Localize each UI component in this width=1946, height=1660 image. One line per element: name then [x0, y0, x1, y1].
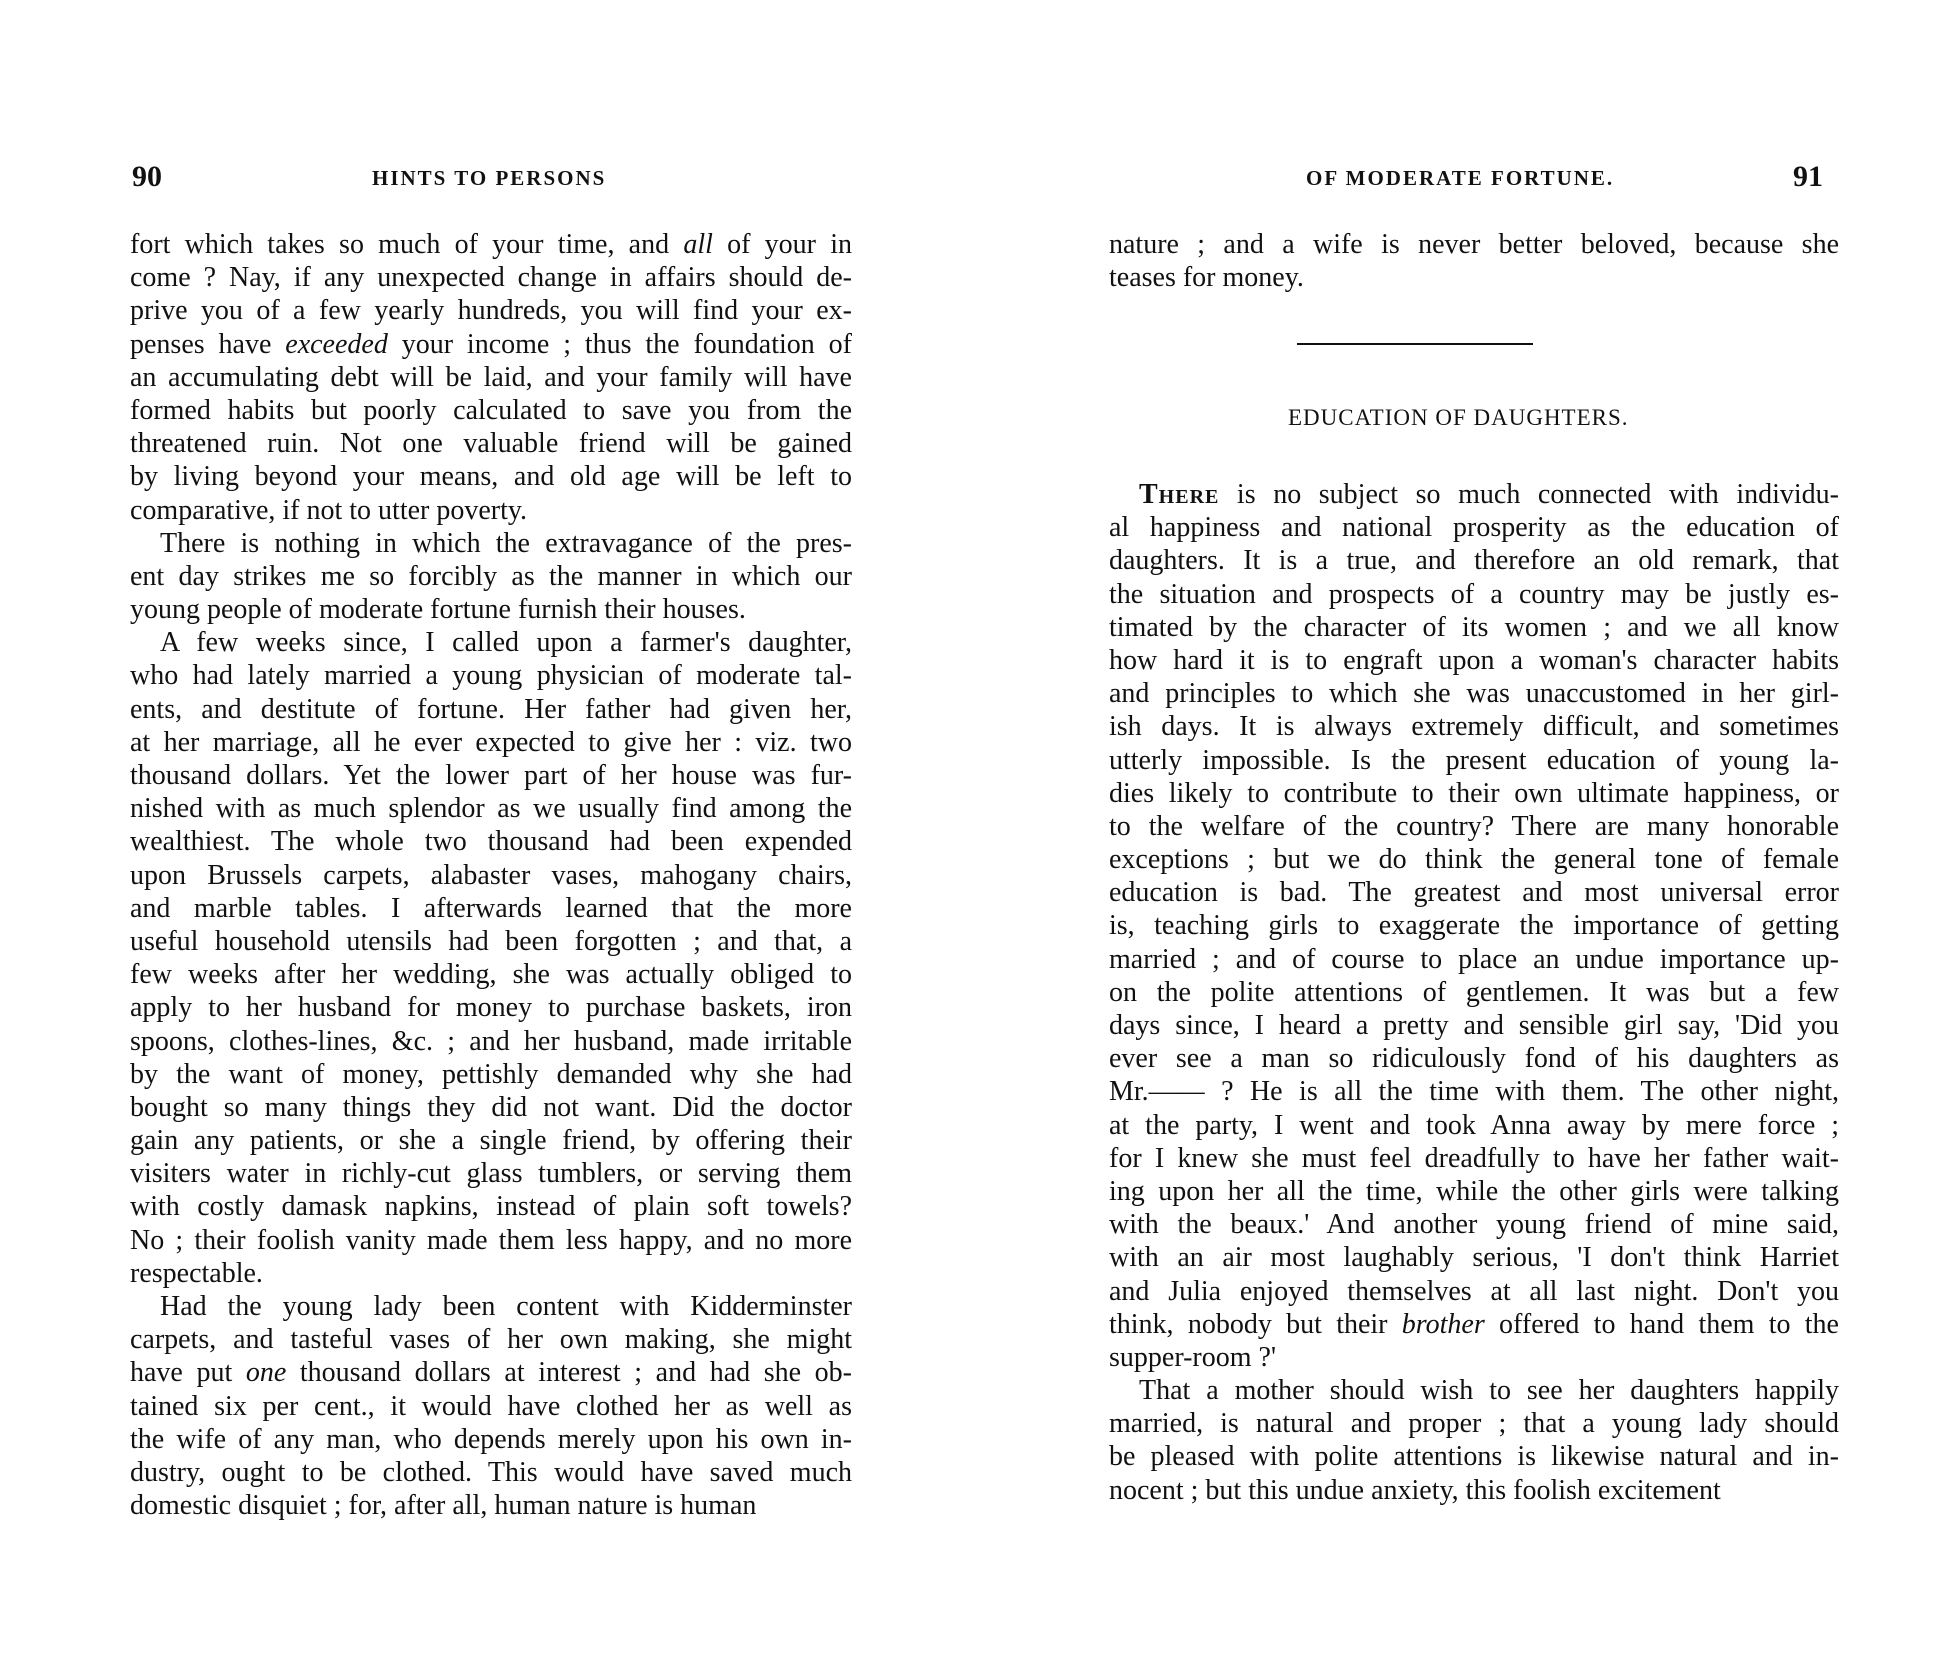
text-line: the wife of any man, who depends merely …: [130, 1423, 852, 1456]
text-line: education is bad. The greatest and most …: [1109, 876, 1839, 909]
italic-emphasis: exceeded: [285, 329, 388, 360]
text-line: There is no subject so much connected wi…: [1109, 478, 1839, 511]
body-text: fort which takes so much of your time, a…: [130, 228, 852, 1522]
small-caps-opening: There: [1139, 479, 1219, 510]
text-line: married, is natural and proper ; that a …: [1109, 1407, 1839, 1440]
text-line: tained six per cent., it would have clot…: [130, 1390, 852, 1423]
text-line: thousand dollars. Yet the lower part of …: [130, 759, 852, 792]
text-line: bought so many things they did not want.…: [130, 1091, 852, 1124]
text-line: formed habits but poorly calculated to s…: [130, 394, 852, 427]
section-divider-rule: [1297, 343, 1533, 345]
text-line: young people of moderate fortune furnish…: [130, 593, 852, 626]
text-line: ing upon her all the time, while the oth…: [1109, 1175, 1839, 1208]
text-line: the situation and prospects of a country…: [1109, 578, 1839, 611]
text-line: ish days. It is always extremely difficu…: [1109, 710, 1839, 743]
section-title: EDUCATION OF DAUGHTERS.: [1288, 405, 1629, 431]
text-line: by the want of money, pettishly demanded…: [130, 1058, 852, 1091]
body-text: There is no subject so much connected wi…: [1109, 478, 1839, 1507]
text-line: dustry, ought to be clothed. This would …: [130, 1456, 852, 1489]
text-line: nature ; and a wife is never better belo…: [1109, 228, 1839, 261]
text-line: and Julia enjoyed themselves at all last…: [1109, 1275, 1839, 1308]
text-line: timated by the character of its women ; …: [1109, 611, 1839, 644]
text-line: That a mother should wish to see her dau…: [1109, 1374, 1839, 1407]
text-line: comparative, if not to utter poverty.: [130, 494, 852, 527]
text-line: be pleased with polite attentions is lik…: [1109, 1440, 1839, 1473]
text-line: married ; and of course to place an undu…: [1109, 943, 1839, 976]
text-line: an accumulating debt will be laid, and y…: [130, 361, 852, 394]
italic-emphasis: all: [683, 229, 713, 260]
text-line: supper-room ?': [1109, 1341, 1839, 1374]
text-line: at the party, I went and took Anna away …: [1109, 1109, 1839, 1142]
text-line: gain any patients, or she a single frien…: [130, 1124, 852, 1157]
running-head: OF MODERATE FORTUNE.: [1306, 166, 1614, 202]
text-line: think, nobody but their brother offered …: [1109, 1308, 1839, 1341]
text-line: daughters. It is a true, and therefore a…: [1109, 544, 1839, 577]
italic-emphasis: one: [246, 1357, 286, 1388]
left-page: 90 HINTS TO PERSONS fort which takes so …: [0, 0, 973, 1660]
text-line: A few weeks since, I called upon a farme…: [130, 626, 852, 659]
text-line: utterly impossible. Is the present educa…: [1109, 744, 1839, 777]
text-line: respectable.: [130, 1257, 852, 1290]
text-line: There is nothing in which the extravagan…: [130, 527, 852, 560]
text-line: wealthiest. The whole two thousand had b…: [130, 825, 852, 858]
text-line: Had the young lady been content with Kid…: [130, 1290, 852, 1323]
text-line: ents, and destitute of fortune. Her fath…: [130, 693, 852, 726]
text-line: penses have exceeded your income ; thus …: [130, 328, 852, 361]
text-line: to the welfare of the country? There are…: [1109, 810, 1839, 843]
text-line: al happiness and national prosperity as …: [1109, 511, 1839, 544]
text-line: apply to her husband for money to purcha…: [130, 991, 852, 1024]
text-line: days since, I heard a pretty and sensibl…: [1109, 1009, 1839, 1042]
italic-emphasis: brother: [1402, 1309, 1485, 1340]
text-line: with costly damask napkins, instead of p…: [130, 1190, 852, 1223]
text-line: come ? Nay, if any unexpected change in …: [130, 261, 852, 294]
text-line: domestic disquiet ; for, after all, huma…: [130, 1489, 852, 1522]
text-line: ever see a man so ridiculously fond of h…: [1109, 1042, 1839, 1075]
text-line: by living beyond your means, and old age…: [130, 460, 852, 493]
page-number: 90: [132, 160, 162, 194]
text-line: dies likely to contribute to their own u…: [1109, 777, 1839, 810]
text-line: useful household utensils had been forgo…: [130, 925, 852, 958]
text-line: with an air most laughably serious, 'I d…: [1109, 1241, 1839, 1274]
text-line: upon Brussels carpets, alabaster vases, …: [130, 859, 852, 892]
text-line: teases for money.: [1109, 261, 1839, 294]
right-page: OF MODERATE FORTUNE. 91 nature ; and a w…: [973, 0, 1946, 1660]
text-line: few weeks after her wedding, she was act…: [130, 958, 852, 991]
page-number: 91: [1793, 160, 1823, 194]
text-line: ent day strikes me so forcibly as the ma…: [130, 560, 852, 593]
text-line: is, teaching girls to exaggerate the imp…: [1109, 909, 1839, 942]
text-line: fort which takes so much of your time, a…: [130, 228, 852, 261]
running-head: HINTS TO PERSONS: [372, 166, 606, 202]
text-line: how hard it is to engraft upon a woman's…: [1109, 644, 1839, 677]
text-line: threatened ruin. Not one valuable friend…: [130, 427, 852, 460]
text-line: have put one thousand dollars at interes…: [130, 1356, 852, 1389]
continuation-text: nature ; and a wife is never better belo…: [1109, 228, 1839, 294]
text-line: carpets, and tasteful vases of her own m…: [130, 1323, 852, 1356]
text-line: nished with as much splendor as we usual…: [130, 792, 852, 825]
text-line: spoons, clothes-lines, &c. ; and her hus…: [130, 1025, 852, 1058]
text-line: at her marriage, all he ever expected to…: [130, 726, 852, 759]
text-line: prive you of a few yearly hundreds, you …: [130, 294, 852, 327]
text-line: on the polite attentions of gentlemen. I…: [1109, 976, 1839, 1009]
text-line: and marble tables. I afterwards learned …: [130, 892, 852, 925]
text-line: No ; their foolish vanity made them less…: [130, 1224, 852, 1257]
text-line: who had lately married a young physician…: [130, 659, 852, 692]
text-line: for I knew she must feel dreadfully to h…: [1109, 1142, 1839, 1175]
text-line: exceptions ; but we do think the general…: [1109, 843, 1839, 876]
text-line: and principles to which she was unaccust…: [1109, 677, 1839, 710]
text-line: nocent ; but this undue anxiety, this fo…: [1109, 1474, 1839, 1507]
text-line: Mr.—— ? He is all the time with them. Th…: [1109, 1075, 1839, 1108]
text-line: with the beaux.' And another young frien…: [1109, 1208, 1839, 1241]
text-line: visiters water in richly-cut glass tumbl…: [130, 1157, 852, 1190]
